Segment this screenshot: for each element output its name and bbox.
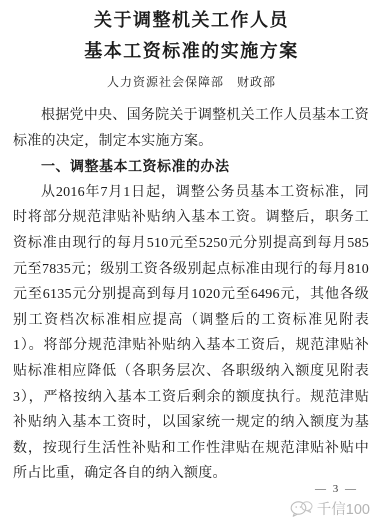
byline: 人力资源社会保障部财政部 bbox=[0, 73, 383, 90]
byline-org-2: 财政部 bbox=[237, 75, 276, 89]
section-1-paragraph: 从2016年7月1日起，调整公务员基本工资标准，同时将部分规范津贴补贴纳入基本工… bbox=[13, 180, 369, 487]
section-1-heading: 一、调整基本工资标准的办法 bbox=[13, 154, 369, 180]
watermark-text: 千信100 bbox=[317, 498, 370, 519]
document-page: 关于调整机关工作人员 基本工资标准的实施方案 人力资源社会保障部财政部 根据党中… bbox=[0, 0, 383, 524]
watermark: 千信100 bbox=[290, 498, 383, 519]
document-body: 根据党中央、国务院关于调整机关工作人员基本工资标准的决定，制定本实施方案。 一、… bbox=[0, 103, 383, 487]
document-title: 关于调整机关工作人员 基本工资标准的实施方案 bbox=[0, 0, 383, 62]
page-number: — 3 — bbox=[290, 483, 383, 495]
chat-bubbles-icon bbox=[290, 500, 313, 518]
title-line-1: 关于调整机关工作人员 bbox=[0, 9, 383, 31]
page-footer: — 3 — 千信100 bbox=[290, 483, 383, 519]
byline-org-1: 人力资源社会保障部 bbox=[107, 75, 224, 89]
intro-paragraph: 根据党中央、国务院关于调整机关工作人员基本工资标准的决定，制定本实施方案。 bbox=[13, 103, 369, 154]
title-line-2: 基本工资标准的实施方案 bbox=[0, 40, 383, 62]
